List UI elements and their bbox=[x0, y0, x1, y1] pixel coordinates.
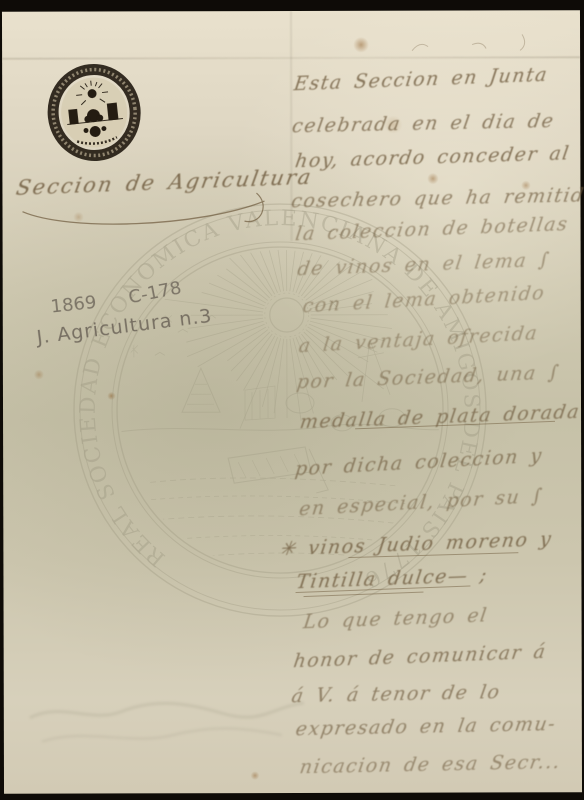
stain bbox=[352, 37, 370, 53]
manuscript-line: nicacion de esa Secr... bbox=[298, 751, 562, 778]
stain bbox=[250, 771, 260, 780]
manuscript-line: Esta Seccion en Junta bbox=[293, 63, 550, 95]
stamp-sun-icon bbox=[88, 89, 97, 98]
manuscript-line: expresado en la comu- bbox=[294, 713, 558, 740]
stain bbox=[33, 370, 45, 380]
stain bbox=[426, 173, 439, 185]
manuscript-line: celebrada en el dia de bbox=[291, 110, 557, 137]
ink-showthrough bbox=[22, 689, 312, 760]
heading-flourish bbox=[8, 189, 278, 240]
pen-flecks bbox=[402, 24, 552, 64]
stamp-tower-icon bbox=[69, 109, 78, 124]
watermark-building-icon bbox=[245, 386, 275, 420]
manuscript-line: honor de comunicar á bbox=[292, 640, 548, 672]
manuscript-line: cosechero que ha remitido bbox=[290, 184, 584, 212]
watermark-haystack-icon bbox=[182, 368, 220, 412]
manuscript-line: hoy, acordo conceder al bbox=[294, 142, 572, 172]
manuscript-line: á V. á tenor de lo bbox=[290, 681, 502, 707]
paper-sheet: REAL SOCIEDAD ECONOMICA VALENCIANA DE AM… bbox=[2, 10, 582, 794]
ink-stamp-seal bbox=[41, 59, 147, 169]
scanned-document: REAL SOCIEDAD ECONOMICA VALENCIANA DE AM… bbox=[0, 0, 584, 800]
